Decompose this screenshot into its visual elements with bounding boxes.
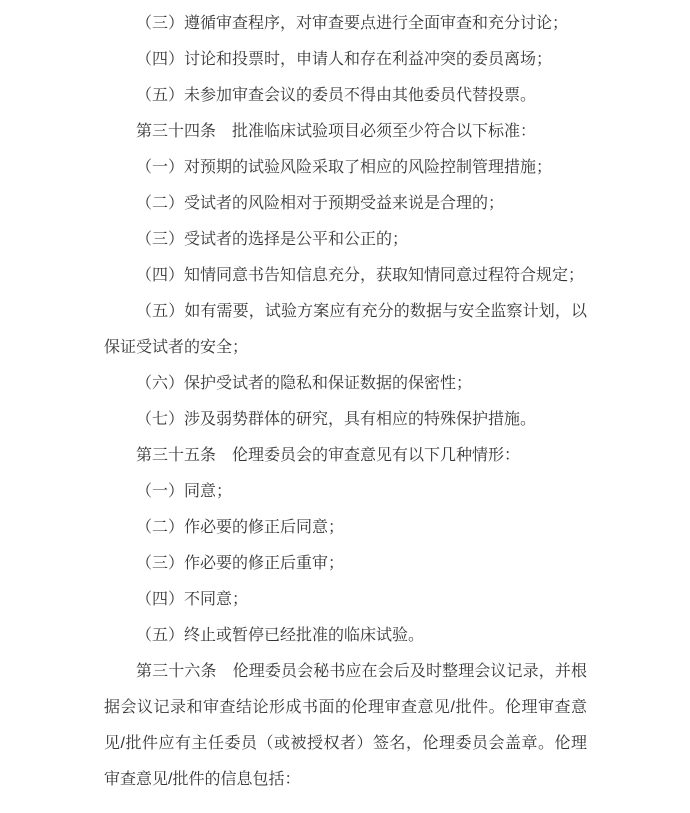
paragraph: （三）遵循审查程序，对审查要点进行全面审查和充分讨论；: [104, 6, 587, 42]
paragraph: （五）未参加审查会议的委员不得由其他委员代替投票。: [104, 78, 587, 114]
paragraph: （五）终止或暂停已经批准的临床试验。: [104, 618, 587, 654]
paragraph: （四）知情同意书告知信息充分，获取知情同意过程符合规定；: [104, 258, 587, 294]
paragraph: （五）如有需要，试验方案应有充分的数据与安全监察计划，以保证受试者的安全；: [104, 294, 587, 366]
paragraph: （四）不同意；: [104, 582, 587, 618]
paragraph: （三）作必要的修正后重审；: [104, 546, 587, 582]
paragraph: （二）受试者的风险相对于预期受益来说是合理的；: [104, 186, 587, 222]
document-page: （三）遵循审查程序，对审查要点进行全面审查和充分讨论； （四）讨论和投票时，申请…: [0, 0, 690, 813]
paragraph: （二）作必要的修正后同意；: [104, 510, 587, 546]
paragraph: （一）对预期的试验风险采取了相应的风险控制管理措施；: [104, 150, 587, 186]
paragraph: （七）涉及弱势群体的研究，具有相应的特殊保护措施。: [104, 402, 587, 438]
paragraph: （一）同意；: [104, 474, 587, 510]
paragraph: （六）保护受试者的隐私和保证数据的保密性；: [104, 366, 587, 402]
paragraph: （四）讨论和投票时，申请人和存在利益冲突的委员离场；: [104, 42, 587, 78]
paragraph-article-34: 第三十四条 批准临床试验项目必须至少符合以下标准：: [104, 114, 587, 150]
paragraph-article-36: 第三十六条 伦理委员会秘书应在会后及时整理会议记录，并根据会议记录和审查结论形成…: [104, 654, 587, 798]
paragraph-article-35: 第三十五条 伦理委员会的审查意见有以下几种情形：: [104, 438, 587, 474]
paragraph: （三）受试者的选择是公平和公正的；: [104, 222, 587, 258]
